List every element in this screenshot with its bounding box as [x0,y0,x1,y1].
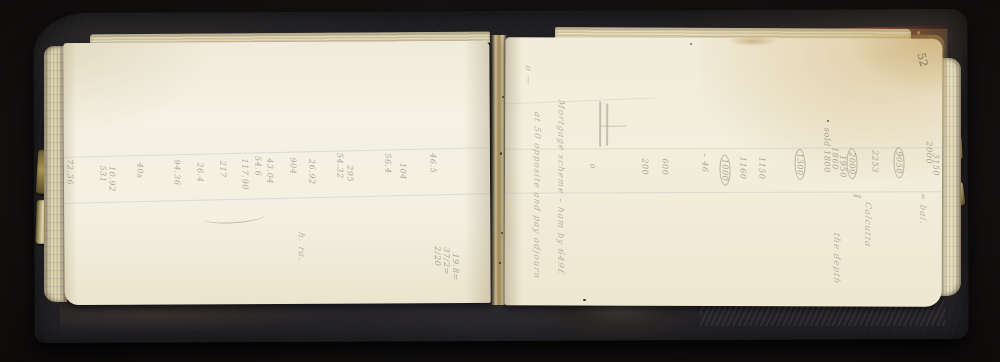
pencil-inscription: Mortgage scheme – ham by 649£ [555,69,565,306]
pencil-inscription [599,102,601,147]
left-page: 72.3653110.9240s94.3626.4217117.9054.643… [63,41,490,305]
pencil-inscription: 37/2= [442,246,451,276]
speck [502,96,504,98]
notebook-photograph: 72.3653110.9240s94.3626.4217117.9054.643… [0,0,1000,362]
pencil-inscription: 2253 [871,149,880,174]
pencil-inscription: 26.92 [307,158,316,186]
pencil-inscription: h. ra. [296,231,305,263]
pencil-inscription: o [589,163,598,170]
pencil-inscription [204,208,267,225]
page-stain [849,34,944,96]
right-page: Mortgage scheme – ham by 649£at 50 oppos… [505,37,943,307]
page-stain [727,36,777,46]
pencil-inscription: 54.32 [335,152,344,180]
speck [583,299,586,301]
pencil-inscription: 1160 [738,156,747,181]
rule-line [64,147,490,158]
rule-line [505,191,942,194]
pencil-inscription: 10.92 [107,165,116,193]
speck [499,262,501,264]
pencil-inscription: 19.8= [451,252,460,281]
pencil-inscription: at 50 opposite and pay adjourn [531,87,541,304]
pencil-inscription: 117.90 [240,157,249,190]
pencil-inscription: 43.04 [265,157,274,185]
pencil-inscription: 531 [98,164,107,183]
pencil-inscription: 200 [640,157,649,176]
pencil-inscription: 2/20 [433,245,442,267]
pencil-inscription: 94.36 [172,159,181,187]
pencil-inscription: 295 [345,164,354,183]
folio-number: 52 [916,52,928,68]
pencil-inscription: 54.6 [253,155,262,177]
pencil-inscription [606,104,608,146]
speck [500,152,502,155]
pencil-inscription: 904 [288,156,297,175]
pencil-inscription: 56.4 [383,152,392,174]
pencil-inscription: 1150 [757,156,766,181]
rule-line [64,193,490,204]
pencil-inscription: 40s [135,162,144,180]
speck [827,120,829,122]
pencil-inscription: 600 [660,157,669,176]
pencil-inscription: 3150 [931,152,940,177]
pencil-inscription [600,126,626,127]
pencil-inscription: 26.4 [195,161,204,183]
pencil-inscription: 217 [218,160,227,179]
pencil-inscription: 72.36 [65,158,74,186]
pencil-inscription: 104 [398,162,407,181]
speck [501,232,503,234]
pencil-inscription: = bal. [917,188,926,230]
pencil-inscription: o — [523,49,532,101]
speck [690,43,692,45]
pencil-inscription: ∥ [852,193,861,199]
pencil-inscription: Calcutta [862,189,871,261]
pencil-inscription: the depth [831,227,840,289]
pencil-inscription: – 46 [701,152,710,173]
pencil-inscription: 46.5 [428,152,437,174]
